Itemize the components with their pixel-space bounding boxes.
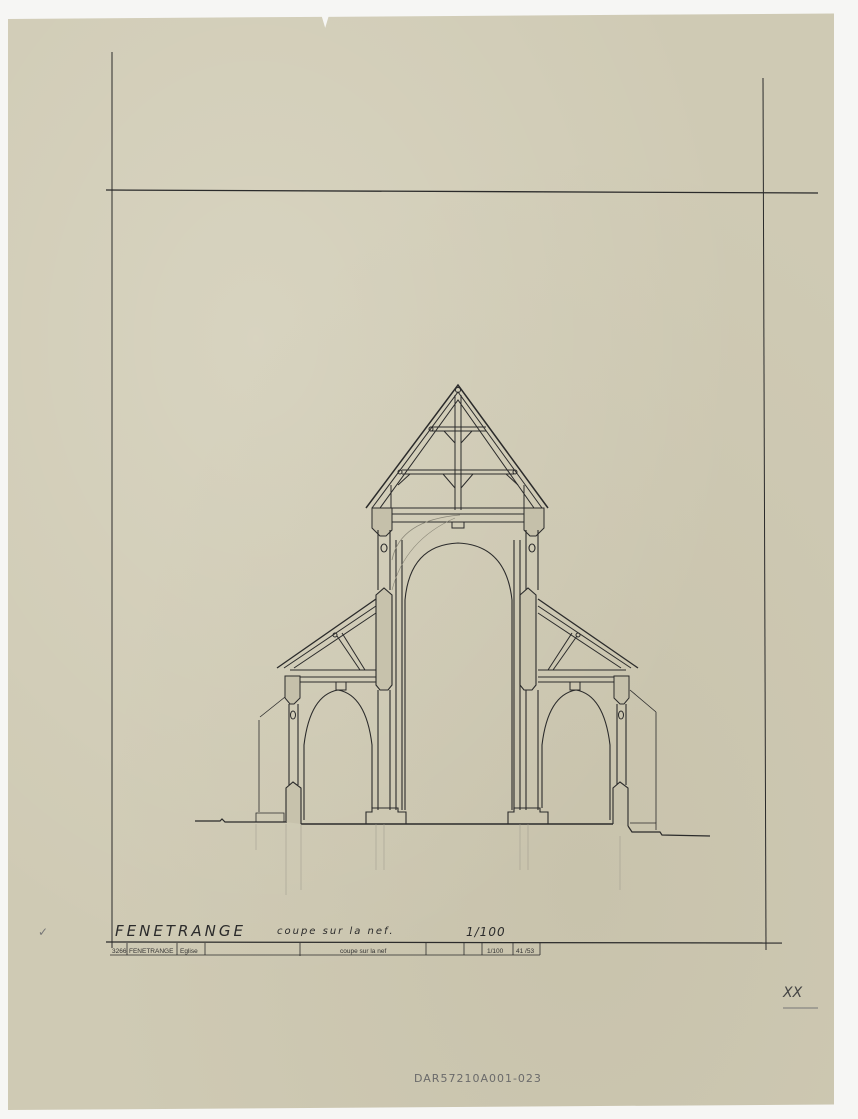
archive-number: DAR57210A001-023 — [414, 1072, 542, 1085]
left-aisle-roof-truss — [277, 599, 376, 719]
cell-place: FENETRANGE — [129, 946, 173, 958]
nave-piers — [366, 530, 548, 824]
handwritten-scale: 1/100 — [466, 925, 506, 939]
margin-check-mark: ✓ — [38, 925, 48, 939]
ground-line-right — [628, 826, 710, 836]
aisle-outer-walls — [256, 690, 656, 830]
cell-subject: coupe sur la nef — [340, 946, 386, 958]
frame-right-line — [763, 78, 766, 950]
corner-mark: XX — [783, 985, 802, 1001]
cell-reference-number: 3266 — [112, 946, 126, 958]
cell-sheet-number: 41 /53 — [516, 946, 534, 958]
nave-roof-truss — [366, 385, 548, 536]
right-aisle-roof-truss — [538, 599, 638, 719]
handwritten-place-title: FENETRANGE — [115, 922, 246, 940]
cell-scale: 1/100 — [487, 946, 503, 958]
ground-line-left — [195, 819, 287, 822]
frame-bottom-line — [106, 942, 782, 943]
cell-building: Eglise — [180, 946, 198, 958]
frame-top-line — [106, 190, 818, 193]
foundation-pencil-lines — [256, 824, 620, 895]
handwritten-subject: coupe sur la nef. — [277, 926, 395, 937]
